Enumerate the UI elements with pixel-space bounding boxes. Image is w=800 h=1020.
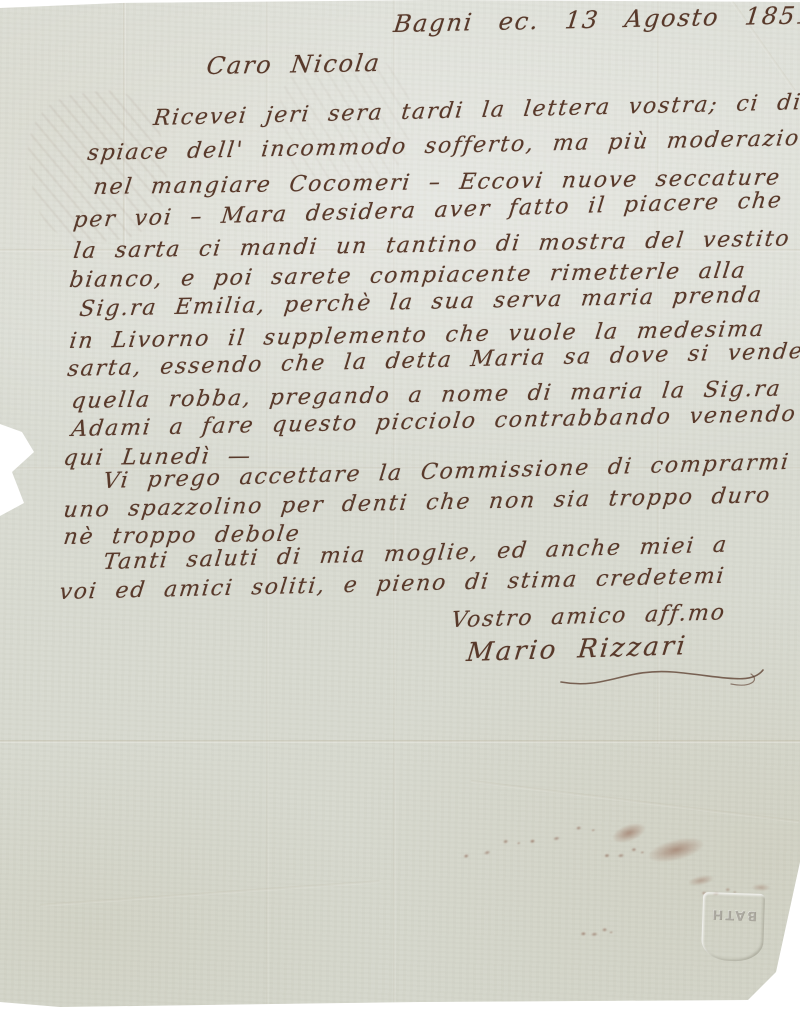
letter-line: spiace dell' incommodo sofferto, ma più …	[86, 125, 800, 166]
closing-line: Vostro amico aff.mo	[450, 600, 727, 633]
letter-scan: Bagni ec. 13 Agosto 1851 Caro Nicola Ric…	[0, 0, 800, 1020]
ink-smudge	[577, 926, 614, 941]
signature: Mario Rizzari	[465, 631, 689, 668]
letter-line: Ricevei jeri sera tardi la lettera vostr…	[152, 90, 800, 131]
ink-smudge	[687, 873, 714, 887]
embossed-stamp: BATH	[701, 892, 765, 962]
date-line: Bagni ec. 13 Agosto 1851	[392, 1, 800, 38]
embossed-stamp-text: BATH	[710, 906, 757, 923]
ink-smudge	[519, 819, 600, 854]
ink-smudge	[610, 820, 647, 847]
ink-smudge	[454, 832, 526, 869]
fold-crease-horizontal-lower	[0, 740, 800, 743]
ink-smudge	[646, 834, 705, 867]
ink-smudge	[752, 884, 770, 891]
letter-sheet: Bagni ec. 13 Agosto 1851 Caro Nicola Ric…	[0, 0, 800, 1010]
crease-diagonal-bottom-left	[40, 880, 379, 907]
crease-diagonal-bottom-right	[471, 780, 799, 823]
signature-flourish	[555, 662, 770, 692]
letter-line: la sarta ci mandi un tantino di mostra d…	[72, 227, 792, 264]
salutation: Caro Nicola	[205, 49, 382, 80]
ink-smudge	[599, 844, 646, 864]
